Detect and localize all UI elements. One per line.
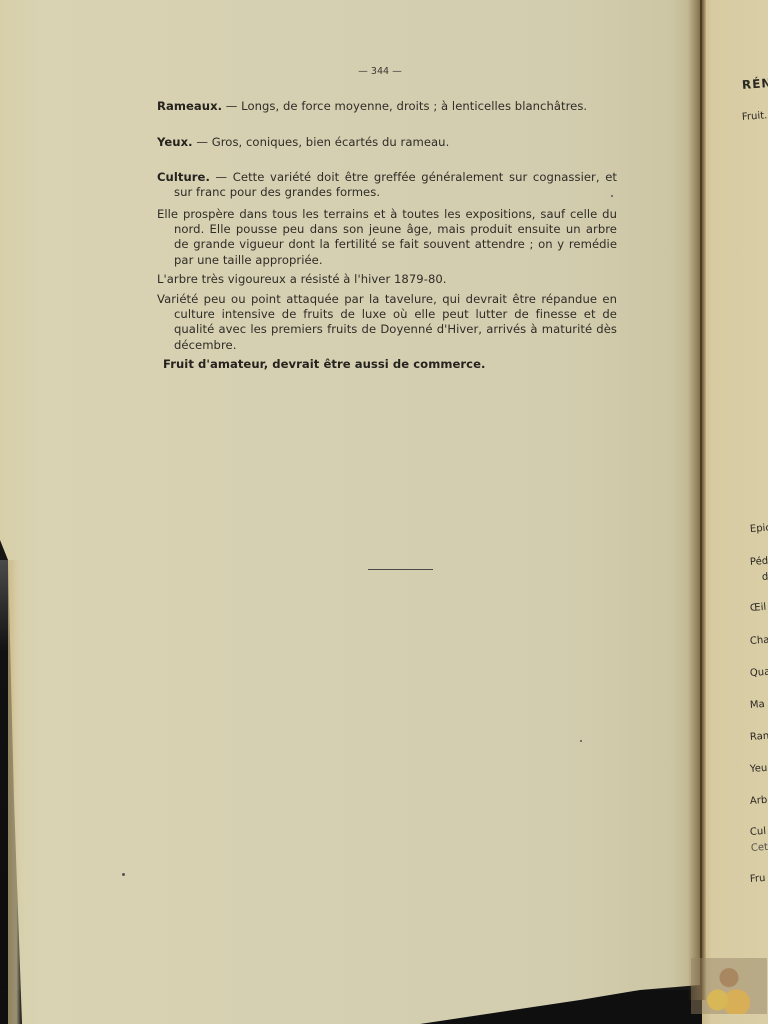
paper-speck [580,740,582,742]
right-page-label: Œil [750,602,767,614]
book-gutter [688,0,706,1000]
right-page-label: Cha [750,635,768,647]
right-page-label: Cul [750,826,767,838]
paragraph-text: — Gros, coniques, bien écartés du rameau… [193,135,450,149]
right-page-label: Péd [750,556,768,568]
paper-speck [611,195,613,197]
section-divider [368,569,433,570]
paragraph-text: — Cette variété doit être greffée généra… [174,170,617,199]
paper-speck [122,873,125,876]
corner-photo-overlay [691,958,767,1014]
paragraph-tavelure: Variété peu ou point attaquée par la tav… [157,292,617,353]
right-page-label: Qua [750,667,768,679]
right-page-label: Yeu [750,763,768,775]
paragraph-text: Elle prospère dans tous les terrains et … [157,207,617,267]
left-page: — 344 — Rameaux. — Longs, de force moyen… [0,0,700,1024]
right-page-label: Epic [750,523,768,535]
conclusion: Fruit d'amateur, devrait être aussi de c… [163,357,623,372]
paragraph-text: L'arbre très vigoureux a résisté à l'hiv… [157,272,447,286]
paragraph-culture: Culture. — Cette variété doit être greff… [157,170,617,200]
paragraph-terrains: Elle prospère dans tous les terrains et … [157,207,617,268]
right-page-label: Arb [750,795,768,807]
page-edge [8,560,22,1024]
right-page: RÉN Fruit. Epic Péd d Œil Cha Qua Ma Ran… [702,0,768,1024]
right-page-label: Fru [750,873,766,885]
paragraph-yeux: Yeux. — Gros, coniques, bien écartés du … [157,135,617,150]
paragraph-hiver: L'arbre très vigoureux a résisté à l'hiv… [157,272,617,287]
paragraph-rameaux: Rameaux. — Longs, de force moyenne, droi… [157,99,617,114]
right-page-label: Ma [750,699,765,711]
paragraph-text: — Longs, de force moyenne, droits ; à le… [222,99,587,113]
right-page-label: Cet [751,842,768,854]
page-number: — 344 — [0,66,760,77]
paragraph-lead: Yeux. [157,135,193,149]
book-photo: RÉN Fruit. Epic Péd d Œil Cha Qua Ma Ran… [0,0,768,1024]
right-page-subtitle: Fruit. [742,110,768,123]
right-page-label: Ran [750,731,768,743]
right-page-label: d [762,572,768,583]
paragraph-lead: Rameaux. [157,99,222,113]
right-page-title: RÉN [742,76,768,92]
paragraph-text: Variété peu ou point attaquée par la tav… [157,292,617,352]
paragraph-lead: Culture. [157,170,210,184]
